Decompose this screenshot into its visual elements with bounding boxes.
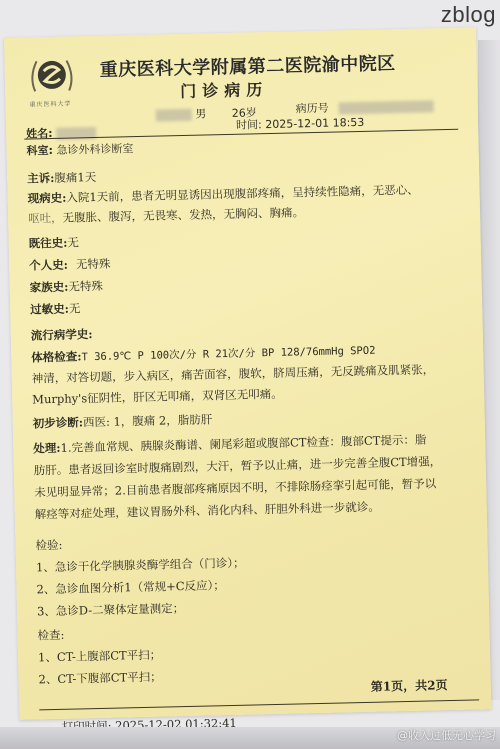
lab-test-item: 1、急诊干化学胰腺炎酶学组合（门诊）； (36, 555, 245, 576)
physical-exam-line3: Murphy's征阴性，肝区无叩痛，双肾区无叩痛。 (32, 386, 283, 408)
logo-caption: 重庆医科大学 (29, 98, 71, 108)
physical-exam-line1: 体格检查:T 36.9℃ P 100次/分 R 21次/分 BP 128/76m… (31, 342, 376, 366)
present-illness-line2: 呕吐，无腹胀、腹泻，无畏寒、发热，无胸闷、胸痛。 (28, 204, 304, 226)
medical-record-sheet: 重庆医科大学 重庆医科大学附属第二医院渝中院区 门诊病历 男 26岁 病历号 姓… (4, 27, 491, 720)
treatment-line1: 处理:1.完善血常规、胰腺炎酶谱、阑尾彩超或腹部CT检查：腹部CT提示：脂 (33, 432, 426, 457)
imaging-label: 检查: (37, 627, 64, 644)
allergy-history: 过敏史:无 (30, 300, 81, 317)
lab-test-item: 2、急诊血图分析1（常规+C反应）； (36, 577, 225, 597)
family-history: 家族史:无特殊 (29, 278, 103, 296)
record-no-label: 病历号 (296, 102, 329, 116)
page-indicator: 第1页，共2页 (371, 676, 448, 695)
treatment-line3: 未见明显异常；2.目前患者腹部疼痛原因不明，不排除肠痉挛引起可能，暂予以 (34, 475, 436, 500)
present-illness-line1: 现病史:入院1天前，患者无明显诱因出现腹部疼痛，呈持续性隐痛，无恶心、 (27, 182, 418, 207)
author-credit: @收入过低无心学习 (397, 727, 496, 743)
redacted-record-no (338, 100, 433, 114)
personal-history: 个人史:无特殊 (29, 256, 111, 274)
time-label: 时间: (236, 118, 262, 132)
chief-complaint: 主诉:腹痛1天 (27, 169, 96, 187)
department: 科室: 急诊外科诊断室 (26, 140, 133, 158)
patient-gender: 男 (195, 107, 206, 120)
department-label: 科室: (26, 144, 53, 158)
epidemiology-history: 流行病学史: (31, 326, 93, 343)
department-value: 急诊外科诊断室 (56, 142, 133, 157)
footer-divider (39, 699, 479, 710)
lab-test-item: 3、急诊D-二聚体定量测定； (37, 600, 184, 619)
site-watermark: zblog (441, 2, 496, 28)
redacted-block (156, 109, 192, 122)
physical-exam-line2: 神清，对答切题，步入病区，痛苦面容，腹软，脐周压痛，无反跳痛及肌紧张， (32, 361, 435, 386)
hospital-logo-icon (26, 50, 77, 103)
past-history: 既往史:无 (28, 234, 79, 251)
preliminary-diagnosis: 初步诊断:西医: 1，腹痛 2，脂肪肝 (33, 411, 213, 431)
visit-time: 时间: 2025-12-01 18:53 (236, 114, 365, 133)
treatment-line4: 解痉等对症处理，建议胃肠外科、消化内科、肝胆外科进一步就诊。 (35, 499, 380, 523)
time-value: 2025-12-01 18:53 (265, 116, 364, 131)
document-title: 门诊病历 (180, 77, 269, 102)
treatment-line2: 肪肝。患者返回诊室时腹痛剧烈，大汗，暂予以止痛，进一步完善全腹CT增强， (34, 453, 442, 478)
record-number: 病历号 (295, 97, 433, 116)
lab-tests-label: 检验: (35, 537, 62, 554)
imaging-item: 1、CT-上腹部CT平扫； (38, 647, 162, 666)
imaging-item: 2、CT-下腹部CT平扫； (38, 669, 162, 688)
